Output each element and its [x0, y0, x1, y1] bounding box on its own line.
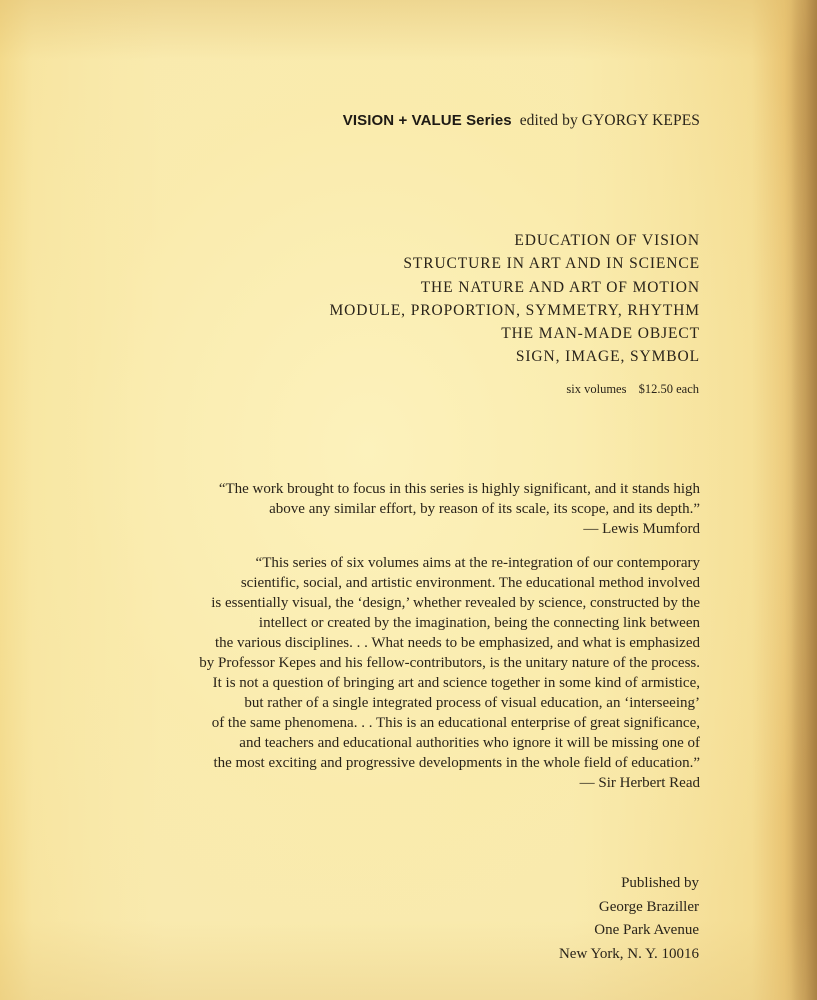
- quote-attribution: — Sir Herbert Read: [199, 773, 700, 793]
- publisher-city: New York, N. Y. 10016: [559, 943, 699, 967]
- series-header: VISION + VALUE Series edited by GYORGY K…: [343, 112, 700, 130]
- volume-title: THE MAN-MADE OBJECT: [329, 322, 700, 345]
- quote-line: above any similar effort, by reason of i…: [219, 499, 700, 519]
- quote-line: “This series of six volumes aims at the …: [199, 553, 700, 573]
- quote-line: scientific, social, and artistic environ…: [199, 573, 700, 593]
- series-name: VISION + VALUE Series: [343, 112, 512, 129]
- book-back-cover: VISION + VALUE Series edited by GYORGY K…: [0, 0, 817, 1000]
- quote-line: but rather of a single integrated proces…: [199, 693, 700, 713]
- volume-count: six volumes: [566, 382, 626, 396]
- volume-title: SIGN, IMAGE, SYMBOL: [329, 345, 700, 368]
- quote-line: the most exciting and progressive develo…: [199, 753, 700, 773]
- volume-title: THE NATURE AND ART OF MOTION: [329, 276, 700, 299]
- quote-mumford: “The work brought to focus in this serie…: [219, 479, 700, 539]
- volume-list: EDUCATION OF VISION STRUCTURE IN ART AND…: [329, 229, 700, 369]
- quote-line: by Professor Kepes and his fellow-contri…: [199, 653, 700, 673]
- quote-line: is essentially visual, the ‘design,’ whe…: [199, 593, 700, 613]
- publisher-name: George Braziller: [559, 896, 699, 920]
- series-editor: edited by GYORGY KEPES: [520, 112, 700, 129]
- publisher-block: Published by George Braziller One Park A…: [559, 872, 699, 966]
- quote-read: “This series of six volumes aims at the …: [199, 553, 700, 793]
- publisher-label: Published by: [559, 872, 699, 896]
- volume-title: STRUCTURE IN ART AND IN SCIENCE: [329, 252, 700, 275]
- quote-line: It is not a question of bringing art and…: [199, 673, 700, 693]
- quote-line: intellect or created by the imagination,…: [199, 613, 700, 633]
- quote-line: of the same phenomena. . . This is an ed…: [199, 713, 700, 733]
- quote-line: “The work brought to focus in this serie…: [219, 479, 700, 499]
- quote-line: and teachers and educational authorities…: [199, 733, 700, 753]
- quote-attribution: — Lewis Mumford: [219, 519, 700, 539]
- pricing-info: six volumes $12.50 each: [566, 382, 699, 397]
- volume-title: EDUCATION OF VISION: [329, 229, 700, 252]
- price: $12.50 each: [639, 382, 699, 396]
- volume-title: MODULE, PROPORTION, SYMMETRY, RHYTHM: [329, 299, 700, 322]
- quote-line: the various disciplines. . . What needs …: [199, 633, 700, 653]
- publisher-street: One Park Avenue: [559, 919, 699, 943]
